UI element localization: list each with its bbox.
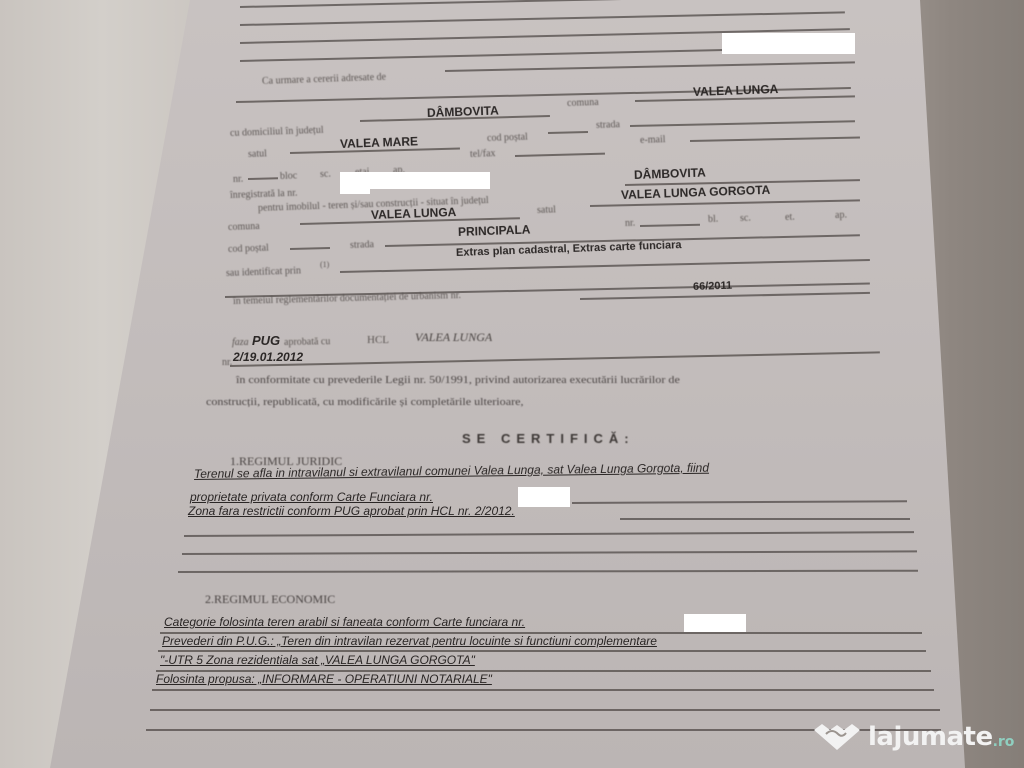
property-street-label: strada xyxy=(350,239,374,251)
redacted-land-book-nr xyxy=(518,487,570,507)
ruled-line xyxy=(230,351,880,367)
bl-label: bl. xyxy=(708,214,719,225)
section1-line: Zona fara restrictii conform PUG aprobat… xyxy=(188,504,515,518)
block-label: bloc xyxy=(280,170,298,182)
ruled-line xyxy=(640,224,700,227)
ruled-line xyxy=(580,292,870,300)
ruled-line xyxy=(240,11,845,26)
domicile-label: cu domiciliul în județul xyxy=(230,125,324,139)
section2-line: Categorie folosinta teren arabil si fane… xyxy=(164,615,525,629)
ruled-line xyxy=(515,153,605,157)
property-village-value: VALEA LUNGA GORGOTA xyxy=(621,183,771,202)
ruled-line xyxy=(182,550,917,555)
property-street-value: PRINCIPALA xyxy=(458,222,531,239)
approved-label: aprobată cu xyxy=(284,336,331,348)
watermark-brand: lajumate xyxy=(868,722,993,752)
commune-label: comuna xyxy=(567,97,599,109)
property-commune-label: comuna xyxy=(228,221,260,233)
ruled-line xyxy=(340,259,870,273)
redacted-registration-2 xyxy=(340,172,370,194)
regulation-label: în temeiul reglementărilor documentației… xyxy=(233,290,461,307)
street-label: strada xyxy=(596,119,620,131)
phase-label: faza xyxy=(232,337,249,348)
ruled-line xyxy=(240,0,840,8)
ruled-line xyxy=(620,518,910,520)
property-postal-label: cod poștal xyxy=(228,243,269,255)
ruled-line xyxy=(290,247,330,250)
intro-label: Ca urmare a cererii adresate de xyxy=(262,72,386,87)
ruled-line xyxy=(248,177,278,180)
ruled-line xyxy=(445,61,855,72)
ruled-line xyxy=(630,120,855,127)
property-village-label: satul xyxy=(537,204,556,216)
hcl-nr-value: 2/19.01.2012 xyxy=(233,350,303,364)
sc-label: sc. xyxy=(740,213,751,224)
ruled-line xyxy=(548,131,588,134)
redacted-land-book-nr-2 xyxy=(684,614,746,632)
certifies-heading: SE CERTIFICĂ: xyxy=(462,431,635,446)
section2-line: Prevederi din P.U.G.: „Teren din intravi… xyxy=(162,634,657,648)
ruled-line xyxy=(158,650,926,652)
property-nr-label: nr. xyxy=(625,218,636,229)
hcl-place: VALEA LUNGA xyxy=(415,330,492,345)
certificate-page: Ca urmare a cererii adresate de cu domic… xyxy=(0,0,1024,768)
hcl-label: HCL xyxy=(367,334,389,346)
identified-label: sau identificat prin xyxy=(226,265,301,279)
ap-label: ap. xyxy=(835,210,847,221)
property-county-value: DÂMBOVITA xyxy=(634,165,706,181)
ruled-line xyxy=(184,531,914,537)
email-label: e-mail xyxy=(640,134,666,146)
law-paragraph-line1: în conformitate cu prevederile Legii nr.… xyxy=(236,374,680,386)
section2-line: Folosinta propusa: „INFORMARE - OPERATIU… xyxy=(156,672,492,686)
ruled-line xyxy=(572,500,907,504)
phone-label: tel/fax xyxy=(470,148,496,160)
et-label: et. xyxy=(785,212,795,223)
nr-label: nr. xyxy=(233,174,244,185)
section1-line: proprietate privata conform Carte Funcia… xyxy=(190,490,433,504)
ruled-line xyxy=(150,709,940,711)
identified-note: (1) xyxy=(320,260,329,269)
handshake-heart-icon xyxy=(812,722,862,752)
section2-line: "-UTR 5 Zona rezidentiala sat „VALEA LUN… xyxy=(160,653,475,667)
redacted-name xyxy=(722,33,855,54)
ruled-line xyxy=(690,136,860,142)
ruled-line xyxy=(152,689,934,691)
ruled-line xyxy=(178,570,918,573)
watermark-tld: .ro xyxy=(993,734,1015,750)
regulation-value: 66/2011 xyxy=(693,280,733,293)
phase-value: PUG xyxy=(252,333,280,348)
registered-label: înregistrată la nr. xyxy=(230,188,298,201)
stair-label: sc. xyxy=(320,169,331,180)
section2-title: 2.REGIMUL ECONOMIC xyxy=(205,592,335,607)
watermark-logo: lajumate .ro xyxy=(812,722,1014,752)
postal-label: cod poștal xyxy=(487,132,528,144)
law-paragraph-line2: construcții, republicată, cu modificăril… xyxy=(206,396,524,408)
village-label: satul xyxy=(248,148,267,160)
